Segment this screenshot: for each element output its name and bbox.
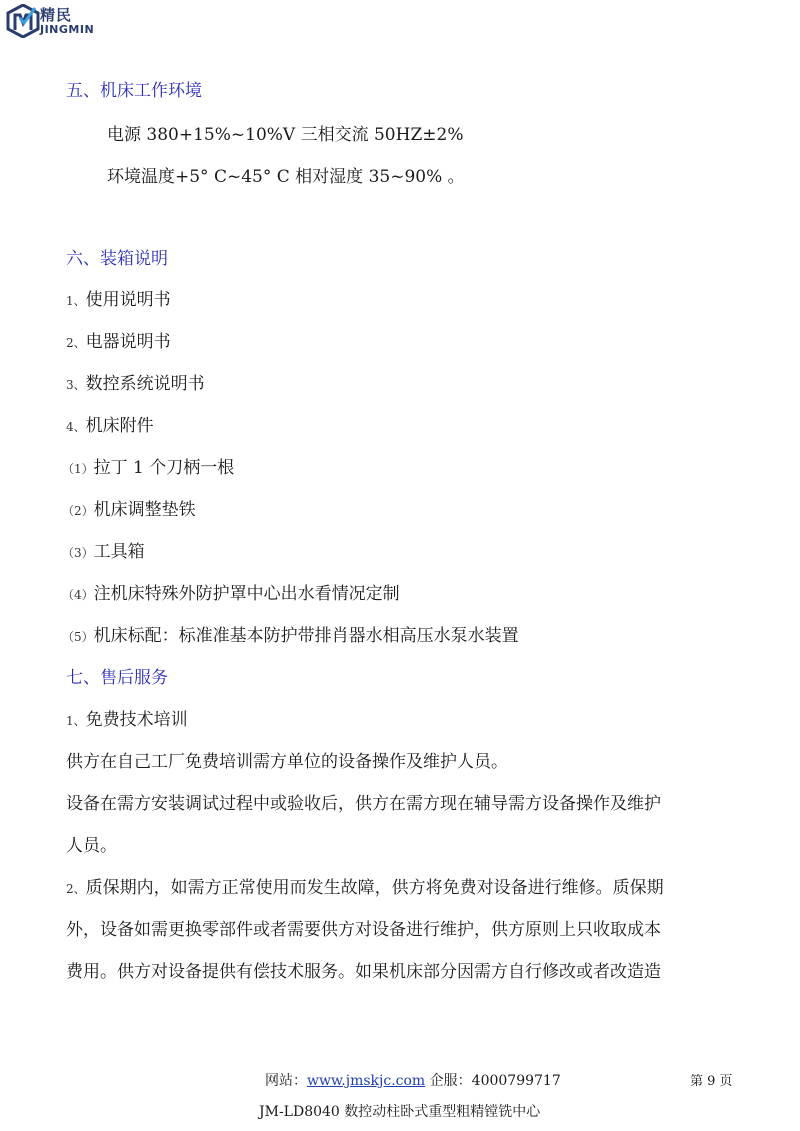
item-number: 2、 — [66, 882, 86, 896]
website-link[interactable]: www.jmskjc.com — [307, 1073, 425, 1089]
item-text: 机床调整垫铁 — [94, 500, 196, 520]
training-paragraph-2-line-2: 人员。 — [66, 835, 117, 857]
item-text: 机床附件 — [86, 416, 154, 436]
section-6-heading: 六、装箱说明 — [66, 248, 168, 270]
item-number: 1、 — [66, 714, 86, 728]
section-7-heading: 七、售后服务 — [66, 667, 168, 689]
training-paragraph-1: 供方在自己工厂免费培训需方单位的设备操作及维护人员。 — [66, 751, 508, 773]
accessory-item-3: （3）工具箱 — [62, 541, 145, 564]
section-5-heading: 五、机床工作环境 — [66, 80, 202, 102]
service-label: 企服： — [430, 1073, 472, 1089]
warranty-line-2: 外，设备如需更换零部件或者需要供方对设备进行维护，供方原则上只收取成本 — [66, 919, 661, 941]
packing-item-2: 2、电器说明书 — [66, 331, 171, 354]
item-number: 1、 — [66, 294, 86, 308]
item-text: 工具箱 — [94, 542, 145, 562]
document-title: JM-LD8040 数控动柱卧式重型粗精镗铣中心 — [259, 1101, 540, 1121]
item-text: 数控系统说明书 — [86, 374, 205, 394]
company-logo: 精民 JINGMIN — [4, 2, 124, 42]
item-text: 质保期内，如需方正常使用而发生故障，供方将免费对设备进行维修。质保期 — [86, 878, 664, 898]
item-number: （3） — [62, 546, 94, 560]
item-number: 2、 — [66, 336, 86, 350]
service-phone: 4000799717 — [472, 1073, 561, 1089]
footer-contact: 网站：www.jmskjc.com 企服：4000799717 — [265, 1070, 561, 1090]
item-number: 4、 — [66, 420, 86, 434]
packing-item-4: 4、机床附件 — [66, 415, 154, 438]
item-text: 电器说明书 — [86, 332, 171, 352]
warranty-line-1: 2、质保期内，如需方正常使用而发生故障，供方将免费对设备进行维修。质保期 — [66, 877, 664, 900]
accessory-item-2: （2）机床调整垫铁 — [62, 499, 196, 522]
service-item-1: 1、免费技术培训 — [66, 709, 188, 732]
item-number: （5） — [62, 630, 94, 644]
logo-chinese-name: 精民 — [40, 4, 72, 25]
item-text: 注机床特殊外防护罩中心出水看情况定制 — [94, 584, 400, 604]
item-number: 3、 — [66, 378, 86, 392]
warranty-line-3: 费用。供方对设备提供有偿技术服务。如果机床部分因需方自行修改或者改造造 — [66, 961, 661, 983]
training-paragraph-2-line-1: 设备在需方安装调试过程中或验收后，供方在需方现在辅导需方设备操作及维护 — [66, 793, 661, 815]
logo-english-name: JINGMIN — [40, 23, 94, 36]
packing-item-3: 3、数控系统说明书 — [66, 373, 205, 396]
item-number: （2） — [62, 504, 94, 518]
item-text: 免费技术培训 — [86, 710, 188, 730]
website-label: 网站： — [265, 1073, 307, 1089]
item-text: 使用说明书 — [86, 290, 171, 310]
item-text: 机床标配：标准准基本防护带排肖器水相高压水泵水装置 — [94, 626, 519, 646]
accessory-item-5: （5）机床标配：标准准基本防护带排肖器水相高压水泵水装置 — [62, 625, 519, 648]
item-number: （1） — [62, 462, 94, 476]
jingmin-logo-icon — [6, 4, 40, 38]
accessory-item-1: （1）拉丁 1 个刀柄一根 — [62, 457, 234, 480]
power-supply-spec: 电源 380+15%~10%V 三相交流 50HZ±2% — [107, 124, 463, 146]
item-number: （4） — [62, 588, 94, 602]
page-number: 第 9 页 — [690, 1070, 733, 1089]
packing-item-1: 1、使用说明书 — [66, 289, 171, 312]
environment-spec: 环境温度+5° C~45° C 相对湿度 35~90% 。 — [107, 166, 465, 188]
item-text: 拉丁 1 个刀柄一根 — [94, 458, 235, 478]
accessory-item-4: （4）注机床特殊外防护罩中心出水看情况定制 — [62, 583, 400, 606]
